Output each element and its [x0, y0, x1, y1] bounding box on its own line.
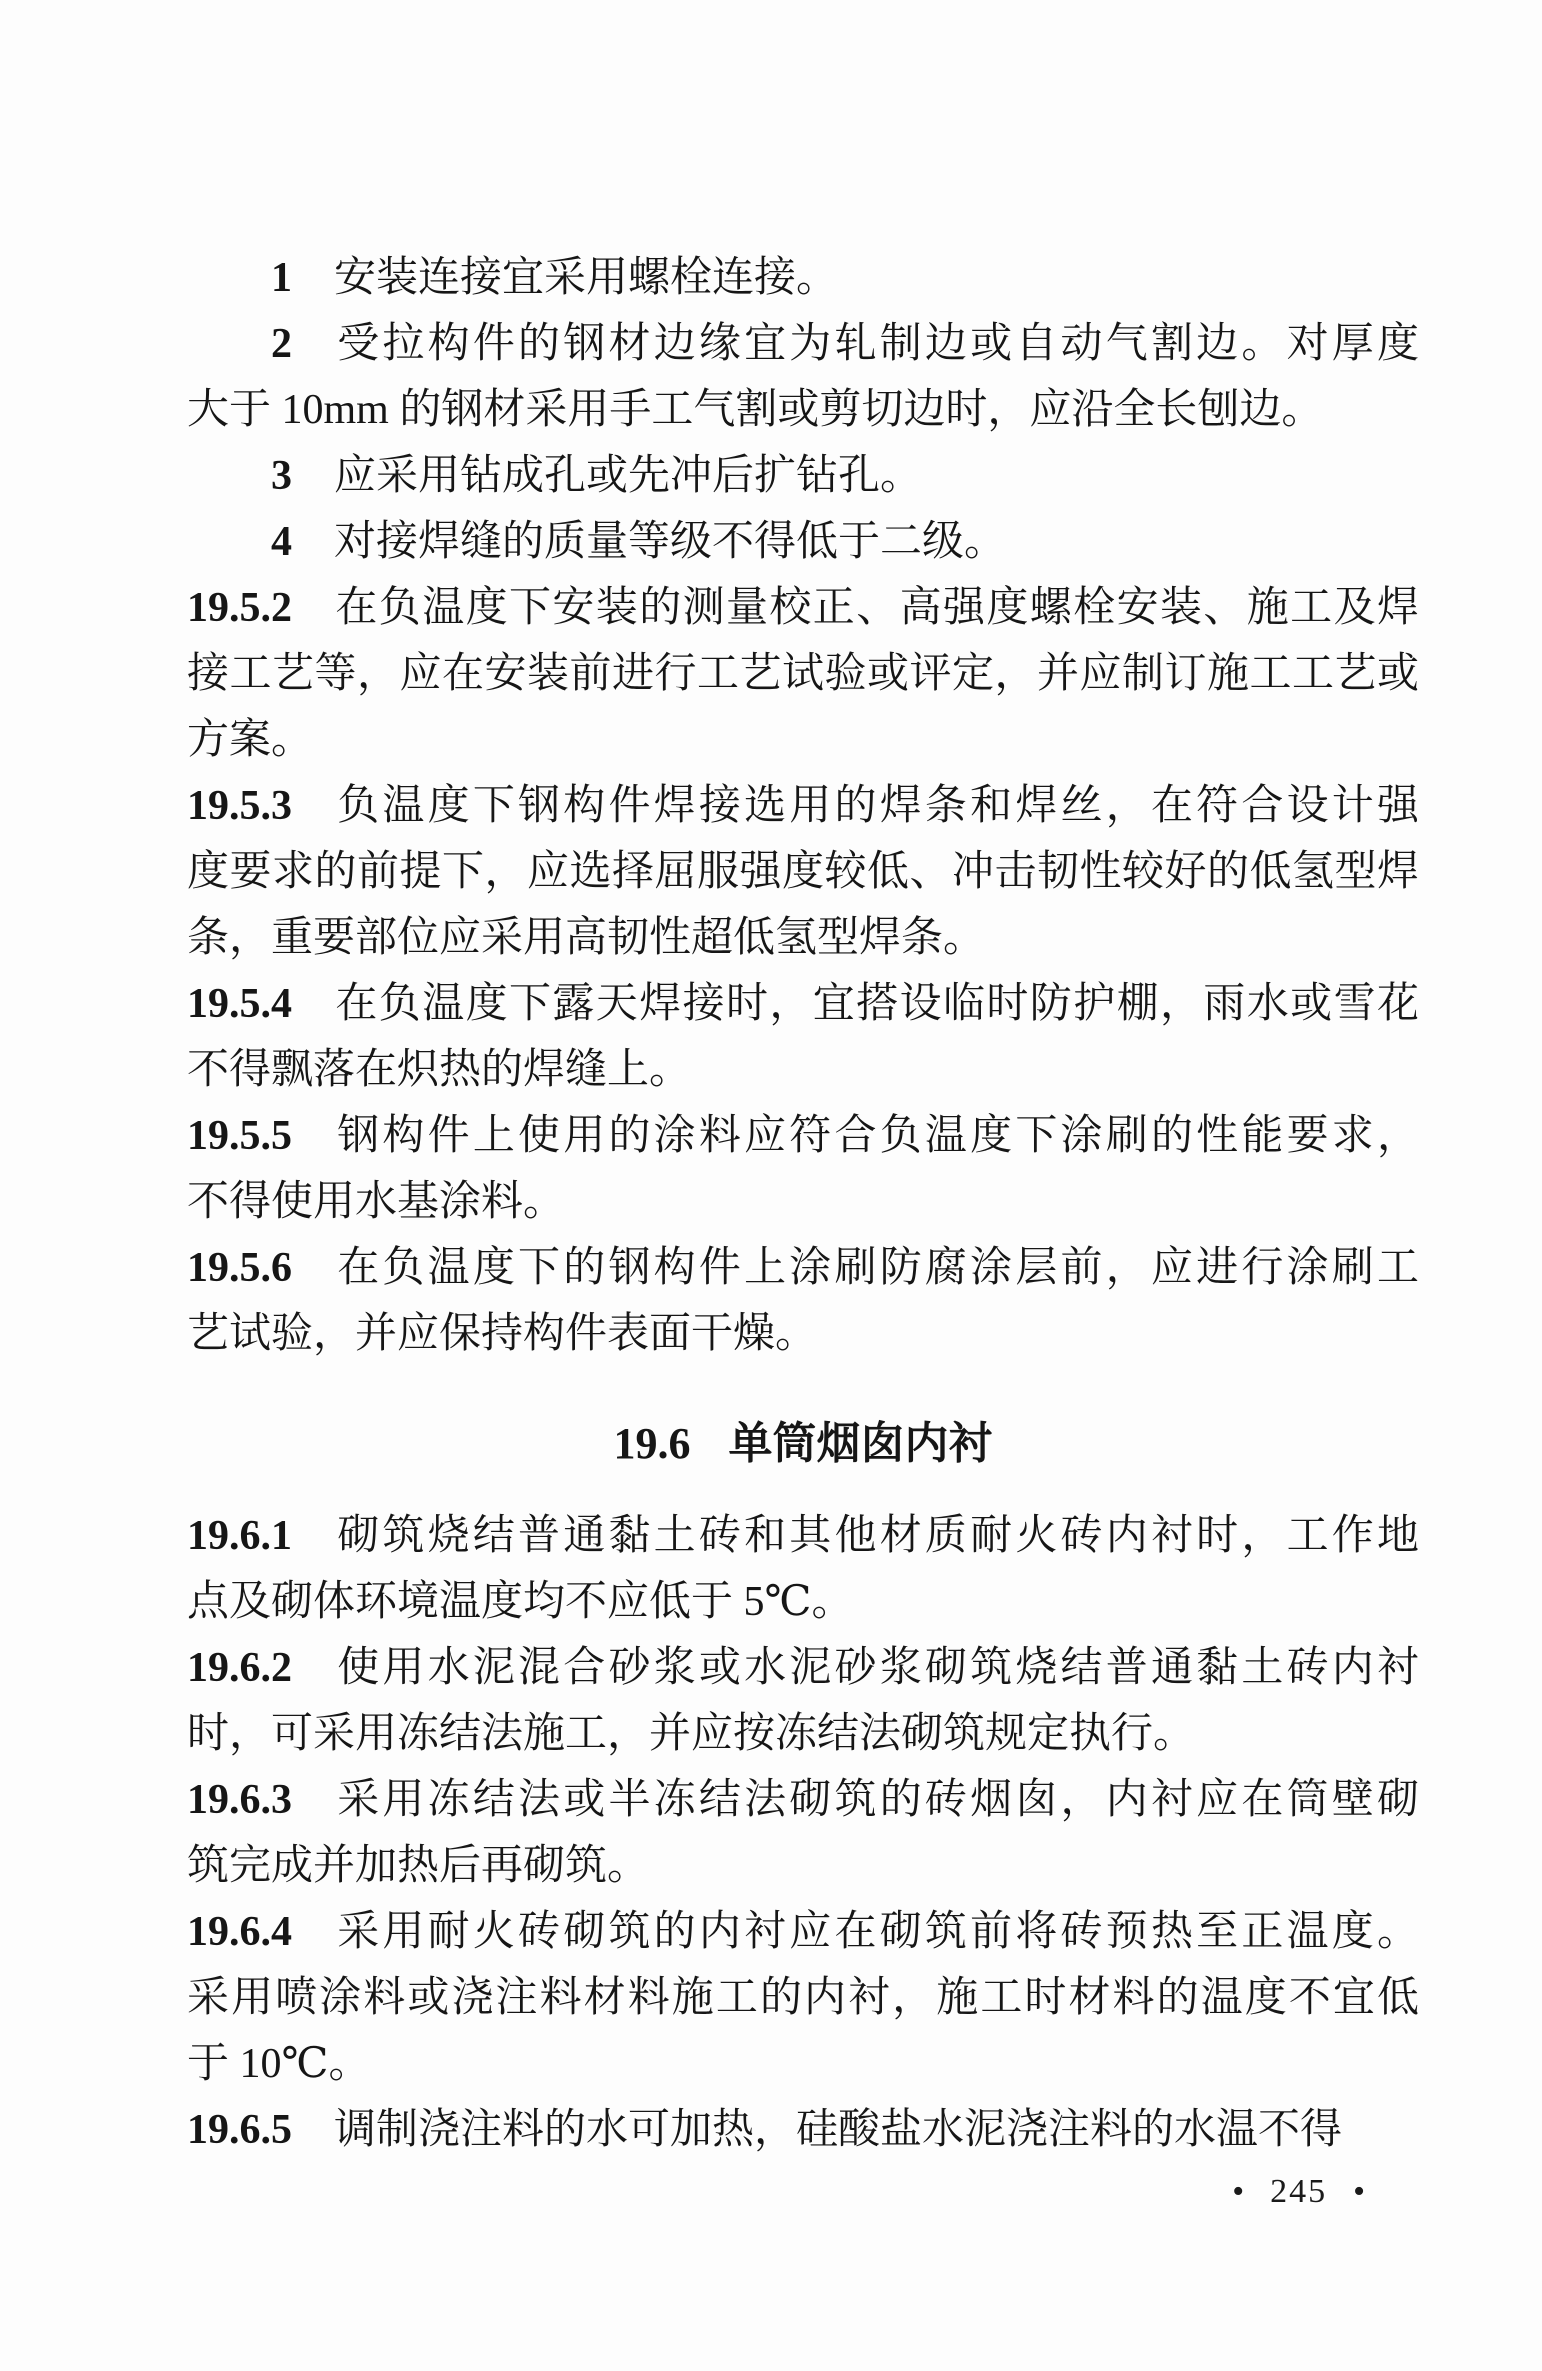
line-text: 对接焊缝的质量等级不得低于二级。 [334, 519, 1006, 565]
clause-number: 19.5.3 [187, 783, 292, 829]
clause-number: 3 [271, 453, 292, 499]
text-line: 艺试验，并应保持构件表面干燥。 [187, 1301, 1419, 1367]
item-3: 3应采用钻成孔或先冲后扩钻孔。 [187, 443, 1419, 509]
text-line: 方案。 [187, 707, 1419, 773]
clause-19.5.3: 19.5.3负温度下钢构件焊接选用的焊条和焊丝，在符合设计强度要求的前提下，应选… [187, 773, 1419, 971]
item-2: 2受拉构件的钢材边缘宜为轧制边或自动气割边。对厚度大于 10mm 的钢材采用手工… [187, 311, 1419, 443]
document-page: 1安装连接宜采用螺栓连接。2受拉构件的钢材边缘宜为轧制边或自动气割边。对厚度大于… [0, 0, 1542, 2371]
text-line: 19.5.3负温度下钢构件焊接选用的焊条和焊丝，在符合设计强 [187, 773, 1419, 839]
clause-number: 19.5.5 [187, 1113, 292, 1159]
clause-19.5.5: 19.5.5钢构件上使用的涂料应符合负温度下涂刷的性能要求，不得使用水基涂料。 [187, 1103, 1419, 1235]
text-line: 度要求的前提下，应选择屈服强度较低、冲击韧性较好的低氢型焊 [187, 839, 1419, 905]
text-line: 点及砌体环境温度均不应低于 5℃。 [187, 1569, 1419, 1635]
text-line: 于 10℃。 [187, 2031, 1419, 2097]
footer-left-bullet: • [1232, 2173, 1244, 2210]
text-line: 3应采用钻成孔或先冲后扩钻孔。 [187, 443, 1419, 509]
line-text: 负温度下钢构件焊接选用的焊条和焊丝，在符合设计强 [334, 783, 1419, 829]
text-line: 19.5.6在负温度下的钢构件上涂刷防腐涂层前，应进行涂刷工 [187, 1235, 1419, 1301]
line-text: 受拉构件的钢材边缘宜为轧制边或自动气割边。对厚度 [334, 321, 1419, 367]
line-text: 使用水泥混合砂浆或水泥砂浆砌筑烧结普通黏土砖内衬 [334, 1645, 1419, 1691]
text-line: 采用喷涂料或浇注料材料施工的内衬，施工时材料的温度不宜低 [187, 1965, 1419, 2031]
section-title: 单筒烟囱内衬 [729, 1419, 993, 1468]
clause-19.6.1: 19.6.1砌筑烧结普通黏土砖和其他材质耐火砖内衬时，工作地点及砌体环境温度均不… [187, 1503, 1419, 1635]
line-text: 砌筑烧结普通黏土砖和其他材质耐火砖内衬时，工作地 [334, 1513, 1419, 1559]
line-text: 采用冻结法或半冻结法砌筑的砖烟囱，内衬应在筒壁砌 [334, 1777, 1419, 1823]
clause-number: 19.5.4 [187, 981, 292, 1027]
page-number: •245• [1232, 2172, 1365, 2212]
footer-number: 245 [1270, 2173, 1327, 2210]
line-text: 钢构件上使用的涂料应符合负温度下涂刷的性能要求， [334, 1113, 1419, 1159]
text-line: 接工艺等，应在安装前进行工艺试验或评定，并应制订施工工艺或 [187, 641, 1419, 707]
clause-19.5.2: 19.5.2在负温度下安装的测量校正、高强度螺栓安装、施工及焊接工艺等，应在安装… [187, 575, 1419, 773]
text-line: 大于 10mm 的钢材采用手工气割或剪切边时，应沿全长刨边。 [187, 377, 1419, 443]
text-line: 不得飘落在炽热的焊缝上。 [187, 1037, 1419, 1103]
text-line: 19.5.4在负温度下露天焊接时，宜搭设临时防护棚，雨水或雪花 [187, 971, 1419, 1037]
line-text: 安装连接宜采用螺栓连接。 [334, 255, 838, 301]
item-1: 1安装连接宜采用螺栓连接。 [187, 245, 1419, 311]
section-number: 19.6 [614, 1419, 691, 1468]
text-line: 19.6.4采用耐火砖砌筑的内衬应在砌筑前将砖预热至正温度。 [187, 1899, 1419, 1965]
text-line: 不得使用水基涂料。 [187, 1169, 1419, 1235]
clause-19.6.4: 19.6.4采用耐火砖砌筑的内衬应在砌筑前将砖预热至正温度。采用喷涂料或浇注料材… [187, 1899, 1419, 2097]
text-line: 19.6.5调制浇注料的水可加热，硅酸盐水泥浇注料的水温不得 [187, 2097, 1419, 2163]
clause-number: 19.5.6 [187, 1245, 292, 1291]
clause-19.6.2: 19.6.2使用水泥混合砂浆或水泥砂浆砌筑烧结普通黏土砖内衬时，可采用冻结法施工… [187, 1635, 1419, 1767]
line-text: 在负温度下露天焊接时，宜搭设临时防护棚，雨水或雪花 [334, 981, 1419, 1027]
text-line: 筑完成并加热后再砌筑。 [187, 1833, 1419, 1899]
text-line: 19.6.2使用水泥混合砂浆或水泥砂浆砌筑烧结普通黏土砖内衬 [187, 1635, 1419, 1701]
text-line: 19.5.2在负温度下安装的测量校正、高强度螺栓安装、施工及焊 [187, 575, 1419, 641]
clause-19.6.3: 19.6.3采用冻结法或半冻结法砌筑的砖烟囱，内衬应在筒壁砌筑完成并加热后再砌筑… [187, 1767, 1419, 1899]
text-line: 19.6.3采用冻结法或半冻结法砌筑的砖烟囱，内衬应在筒壁砌 [187, 1767, 1419, 1833]
clause-number: 19.6.4 [187, 1909, 292, 1955]
clause-number: 19.6.2 [187, 1645, 292, 1691]
clause-19.5.6: 19.5.6在负温度下的钢构件上涂刷防腐涂层前，应进行涂刷工艺试验，并应保持构件… [187, 1235, 1419, 1367]
text-line: 1安装连接宜采用螺栓连接。 [187, 245, 1419, 311]
text-line: 19.5.5钢构件上使用的涂料应符合负温度下涂刷的性能要求， [187, 1103, 1419, 1169]
text-line: 条，重要部位应采用高韧性超低氢型焊条。 [187, 905, 1419, 971]
section-heading: 19.6单筒烟囱内衬 [187, 1411, 1419, 1477]
clause-number: 19.6.1 [187, 1513, 292, 1559]
clause-number: 19.5.2 [187, 585, 292, 631]
line-text: 应采用钻成孔或先冲后扩钻孔。 [334, 453, 922, 499]
text-line: 4对接焊缝的质量等级不得低于二级。 [187, 509, 1419, 575]
clause-number: 2 [271, 321, 292, 367]
text-line: 2受拉构件的钢材边缘宜为轧制边或自动气割边。对厚度 [187, 311, 1419, 377]
text-line: 19.6.1砌筑烧结普通黏土砖和其他材质耐火砖内衬时，工作地 [187, 1503, 1419, 1569]
clause-number: 19.6.5 [187, 2107, 292, 2153]
text-line: 时，可采用冻结法施工，并应按冻结法砌筑规定执行。 [187, 1701, 1419, 1767]
clause-number: 4 [271, 519, 292, 565]
clause-19.5.4: 19.5.4在负温度下露天焊接时，宜搭设临时防护棚，雨水或雪花不得飘落在炽热的焊… [187, 971, 1419, 1103]
clause-number: 1 [271, 255, 292, 301]
item-4: 4对接焊缝的质量等级不得低于二级。 [187, 509, 1419, 575]
clause-19.6.5: 19.6.5调制浇注料的水可加热，硅酸盐水泥浇注料的水温不得 [187, 2097, 1419, 2163]
line-text: 采用耐火砖砌筑的内衬应在砌筑前将砖预热至正温度。 [334, 1909, 1419, 1955]
footer-right-bullet: • [1353, 2173, 1365, 2210]
line-text: 调制浇注料的水可加热，硅酸盐水泥浇注料的水温不得 [334, 2107, 1342, 2153]
line-text: 在负温度下安装的测量校正、高强度螺栓安装、施工及焊 [334, 585, 1419, 631]
line-text: 在负温度下的钢构件上涂刷防腐涂层前，应进行涂刷工 [334, 1245, 1419, 1291]
clause-number: 19.6.3 [187, 1777, 292, 1823]
document-content: 1安装连接宜采用螺栓连接。2受拉构件的钢材边缘宜为轧制边或自动气割边。对厚度大于… [187, 245, 1419, 2163]
